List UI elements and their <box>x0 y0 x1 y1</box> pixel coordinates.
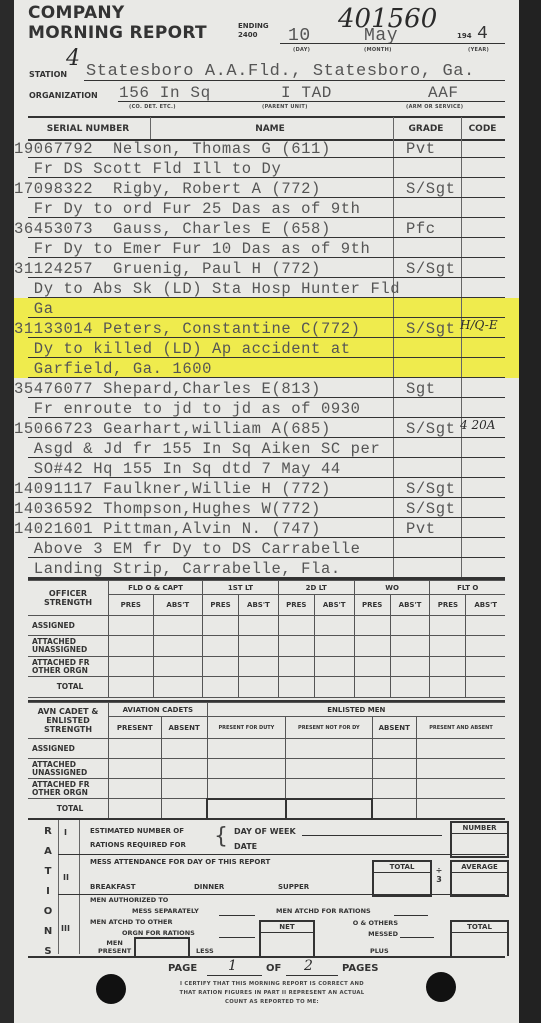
entry-text: SO#42 Hq 155 In Sq dtd 7 May 44 <box>14 460 341 478</box>
row-attached-other: ATTACHED FR OTHER ORGN <box>28 779 109 799</box>
men-present-line2: PRESENT <box>98 947 131 955</box>
divider <box>58 820 59 954</box>
entry-grade: Pvt <box>406 140 436 158</box>
col-cadets-present: PRESENT <box>109 717 162 739</box>
entry-text: 14021601 Pittman,Alvin N. (747) <box>14 520 321 538</box>
of-label: OF <box>266 963 281 974</box>
entry-grade: S/Sgt <box>406 420 456 438</box>
roster-line-rule <box>28 257 505 258</box>
brace-icon: { <box>214 826 228 848</box>
field-line <box>219 937 255 938</box>
dinner-label: DINNER <box>194 883 224 891</box>
entry-code: H/Q-E <box>460 318 498 332</box>
rations-total-box[interactable]: TOTAL <box>450 920 509 956</box>
sub-abst: ABS'T <box>466 595 505 616</box>
day-caption: (DAY) <box>293 47 310 53</box>
organization-unit: 156 In Sq <box>119 84 211 102</box>
binder-hole-left <box>96 974 126 1004</box>
enlisted-strength-table: AVN CADET & ENLISTED STRENGTH AVIATION C… <box>28 702 505 820</box>
day-of-week-line <box>302 835 442 836</box>
entry-text: 31133014 Peters, Constantine C(772) <box>14 320 361 338</box>
station-value: Statesboro A.A.Fld., Statesboro, Ga. <box>86 62 475 81</box>
entry-text: Landing Strip, Carrabelle, Fla. <box>14 560 341 578</box>
roster-line-rule <box>28 437 505 438</box>
number-box-label: NUMBER <box>452 823 507 834</box>
organization-label: ORGANIZATION <box>29 91 98 100</box>
certify-line2: THAT RATION FIGURES IN PART II REPRESENT… <box>152 989 392 998</box>
number-box[interactable]: NUMBER <box>450 821 509 858</box>
group-enlisted-men: ENLISTED MEN <box>207 703 505 717</box>
officer-strength-table: OFFICER STRENGTH FLD O & CAPT 1ST LT 2D … <box>28 580 505 698</box>
roster-line-rule <box>28 157 505 158</box>
men-present-box[interactable] <box>134 937 190 956</box>
roster-line-rule <box>28 277 505 278</box>
entry-grade: S/Sgt <box>406 260 456 278</box>
row-assigned: ASSIGNED <box>28 615 109 636</box>
part-iii-number: III <box>61 924 70 933</box>
letter: I <box>42 882 54 902</box>
roster-line-rule <box>28 517 505 518</box>
entry-text: 36453073 Gauss, Charles E (658) <box>14 220 331 238</box>
entry-text: Fr Dy to ord Fur 25 Das as of 9th <box>14 200 361 218</box>
org-caption-parent: (PARENT UNIT) <box>262 104 308 110</box>
row-attached-unassigned: ATTACHED UNASSIGNED <box>28 759 109 779</box>
breakfast-label: BREAKFAST <box>90 883 136 891</box>
men-atchd-rations-label: MEN ATCHD FOR RATIONS <box>276 907 371 915</box>
certify-line1: I CERTIFY THAT THIS MORNING REPORT IS CO… <box>152 980 392 989</box>
binder-hole-right <box>426 972 456 1002</box>
entry-grade: Sgt <box>406 380 436 398</box>
net-label: NET <box>261 922 313 933</box>
roster-line-rule <box>28 537 505 538</box>
page-number: 1 <box>228 958 237 974</box>
divider <box>58 894 505 895</box>
estimated-rations-line1: ESTIMATED NUMBER OF <box>90 827 184 835</box>
month-caption: (MONTH) <box>364 47 392 53</box>
group-flt-o: FLT O <box>430 581 505 595</box>
row-total: TOTAL <box>28 799 109 819</box>
ending-label-1: ENDING <box>238 22 269 31</box>
pages-line <box>286 975 338 976</box>
col-code: CODE <box>460 124 505 134</box>
org-caption-unit: (CO. DET. ETC.) <box>129 104 176 110</box>
group-wo: WO <box>354 581 430 595</box>
group-aviation-cadets: AVIATION CADETS <box>109 703 208 717</box>
entry-grade: S/Sgt <box>406 500 456 518</box>
field-line <box>400 937 434 938</box>
roster-line-rule <box>28 177 505 178</box>
form-title-line2: MORNING REPORT <box>28 24 207 43</box>
sub-pres: PRES <box>203 595 239 616</box>
entry-grade: S/Sgt <box>406 180 456 198</box>
org-caption-arm: (ARM OR SERVICE) <box>406 104 463 110</box>
entry-text: Fr enroute to jd to jd as of 0930 <box>14 400 361 418</box>
entry-text: Dy to Abs Sk (LD) Sta Hosp Hunter Fld <box>14 280 400 298</box>
roster-line-rule <box>28 377 505 378</box>
entry-grade: Pfc <box>406 220 436 238</box>
men-present-line1: MEN <box>98 939 131 947</box>
men-atchd-other-line1: MEN ATCHD TO OTHER <box>90 918 173 926</box>
col-present-for-duty: PRESENT FOR DUTY <box>207 717 285 739</box>
date-line <box>280 43 505 44</box>
entry-text: 19067792 Nelson, Thomas G (611) <box>14 140 331 158</box>
organization-line <box>118 101 505 102</box>
roster-line-rule <box>28 397 505 398</box>
less-label: LESS <box>196 947 214 955</box>
letter: O <box>42 902 54 922</box>
letter: R <box>42 822 54 842</box>
station-line <box>84 80 505 81</box>
entry-text: 17098322 Rigby, Robert A (772) <box>14 180 321 198</box>
roster-line-rule <box>28 557 505 558</box>
year-caption: (YEAR) <box>468 47 489 53</box>
letter: T <box>42 862 54 882</box>
o-others-line2: MESSED <box>336 929 398 940</box>
roster-line-rule <box>28 217 505 218</box>
roster-line-rule <box>28 237 505 238</box>
col-name: NAME <box>150 124 390 134</box>
ending-label-2: 2400 <box>238 31 269 40</box>
entry-text: 14091117 Faulkner,Willie H (772) <box>14 480 331 498</box>
roster-line-rule <box>28 197 505 198</box>
station-handwritten-marker: 4 <box>66 46 80 71</box>
scan-border-left <box>0 0 14 1023</box>
entry-grade: S/Sgt <box>406 480 456 498</box>
entry-text: Dy to killed (LD) Ap accident at <box>14 340 351 358</box>
row-attached-unassigned: ATTACHED UNASSIGNED <box>28 636 109 657</box>
entry-text: Above 3 EM fr Dy to DS Carrabelle <box>14 540 361 558</box>
row-total: TOTAL <box>28 677 109 698</box>
col-serial-number: SERIAL NUMBER <box>28 124 148 134</box>
certify-line3: COUNT AS REPORTED TO ME: <box>152 998 392 1007</box>
entry-text: 14036592 Thompson,Hughes W(772) <box>14 500 321 518</box>
col-present-not-for-duty: PRESENT NOT FOR DY <box>286 717 372 739</box>
sub-abst: ABS'T <box>153 595 203 616</box>
men-authorized-line1: MEN AUTHORIZED TO <box>90 896 168 904</box>
estimated-rations-line2: RATIONS REQUIRED FOR <box>90 841 186 849</box>
roster-line-rule <box>28 477 505 478</box>
morning-report-form: COMPANY MORNING REPORT ENDING 2400 40156… <box>14 0 519 1023</box>
date-label: DATE <box>234 842 257 851</box>
page-label: PAGE <box>168 963 197 974</box>
roster-line-rule <box>28 337 505 338</box>
divider <box>58 854 505 855</box>
sub-pres: PRES <box>109 595 154 616</box>
men-authorized-line2: MESS SEPARATELY <box>132 907 199 915</box>
men-atchd-other-line2: ORGN FOR RATIONS <box>122 929 195 937</box>
divider <box>150 117 151 139</box>
enlisted-strength-title: AVN CADET & ENLISTED STRENGTH <box>28 703 109 739</box>
col-present-and-absent: PRESENT AND ABSENT <box>417 717 506 739</box>
divider <box>461 117 462 577</box>
day-of-week-label: DAY OF WEEK <box>234 827 296 836</box>
letter: N <box>42 922 54 942</box>
ending-label: ENDING 2400 <box>238 22 269 40</box>
average-label: AVERAGE <box>452 862 507 873</box>
part-i-number: I <box>64 828 67 837</box>
group-1st-lt: 1ST LT <box>203 581 279 595</box>
entry-text: 15066723 Gearhart,william A(685) <box>14 420 331 438</box>
entry-text: Ga <box>14 300 54 318</box>
sub-pres: PRES <box>354 595 390 616</box>
roster-line-rule <box>28 317 505 318</box>
col-cadets-absent: ABSENT <box>161 717 207 739</box>
row-attached-other: ATTACHED FR OTHER ORGN <box>28 656 109 677</box>
o-others-line1: O & OTHERS <box>336 918 398 929</box>
sub-abst: ABS'T <box>238 595 278 616</box>
entry-text: 35476077 Shepard,Charles E(813) <box>14 380 321 398</box>
group-2d-lt: 2D LT <box>278 581 354 595</box>
pages-label: PAGES <box>342 963 378 974</box>
rations-side-label: R A T I O N S <box>42 822 54 962</box>
organization-parent: I TAD <box>281 84 332 102</box>
plus-label: PLUS <box>370 947 389 955</box>
roster-top-rule <box>28 116 505 118</box>
entry-text: Asgd & Jd fr 155 In Sq Aiken SC per <box>14 440 380 458</box>
roster-line-rule <box>28 357 505 358</box>
rations-top <box>28 818 505 820</box>
field-line <box>219 915 255 916</box>
entry-text: Fr Dy to Emer Fur 10 Das as of 9th <box>14 240 370 258</box>
net-box[interactable]: NET <box>259 920 315 956</box>
o-others-messed-label: O & OTHERS MESSED <box>336 918 398 940</box>
group-fld-o-capt: FLD O & CAPT <box>109 581 203 595</box>
roster-line-rule <box>28 297 505 298</box>
mess-attendance-label: MESS ATTENDANCE FOR DAY OF THIS REPORT <box>90 858 270 866</box>
mess-total-box[interactable]: TOTAL <box>372 860 432 897</box>
entry-text: Fr DS Scott Fld Ill to Dy <box>14 160 281 178</box>
row-assigned: ASSIGNED <box>28 739 109 759</box>
part-ii-number: II <box>63 873 69 882</box>
rations-total-label: TOTAL <box>452 922 507 933</box>
officer-strength-title: OFFICER STRENGTH <box>28 581 109 616</box>
roster-line-rule <box>28 457 505 458</box>
letter: S <box>42 942 54 962</box>
sub-pres: PRES <box>278 595 314 616</box>
mess-total-label: TOTAL <box>374 862 430 873</box>
supper-label: SUPPER <box>278 883 309 891</box>
field-line <box>394 915 428 916</box>
men-present-label: MEN PRESENT <box>98 939 131 955</box>
sub-abst: ABS'T <box>390 595 430 616</box>
average-box[interactable]: AVERAGE <box>450 860 509 897</box>
entry-code: 4 20A <box>460 418 495 432</box>
entry-text: 31124257 Gruenig, Paul H (772) <box>14 260 321 278</box>
report-year: 4 <box>477 24 488 44</box>
certification-text: I CERTIFY THAT THIS MORNING REPORT IS CO… <box>152 980 392 1007</box>
entry-text: Garfield, Ga. 1600 <box>14 360 212 378</box>
divider <box>79 820 80 954</box>
form-title-line1: COMPANY <box>28 4 125 23</box>
year-prefix: 194 <box>457 32 472 40</box>
col-em-absent: ABSENT <box>372 717 417 739</box>
divider <box>393 117 394 577</box>
rations-bottom <box>28 956 505 958</box>
letter: A <box>42 842 54 862</box>
entry-grade: S/Sgt <box>406 320 456 338</box>
sub-abst: ABS'T <box>314 595 354 616</box>
col-grade: GRADE <box>392 124 460 134</box>
scan-border-right <box>519 0 541 1023</box>
page-line <box>207 975 262 976</box>
station-label: STATION <box>29 70 67 79</box>
roster-line-rule <box>28 497 505 498</box>
total-pages: 2 <box>304 958 313 974</box>
divide-by-three: ÷ 3 <box>434 866 444 884</box>
sub-pres: PRES <box>430 595 466 616</box>
organization-arm: AAF <box>428 84 459 102</box>
entry-grade: Pvt <box>406 520 436 538</box>
roster-line-rule <box>28 417 505 418</box>
